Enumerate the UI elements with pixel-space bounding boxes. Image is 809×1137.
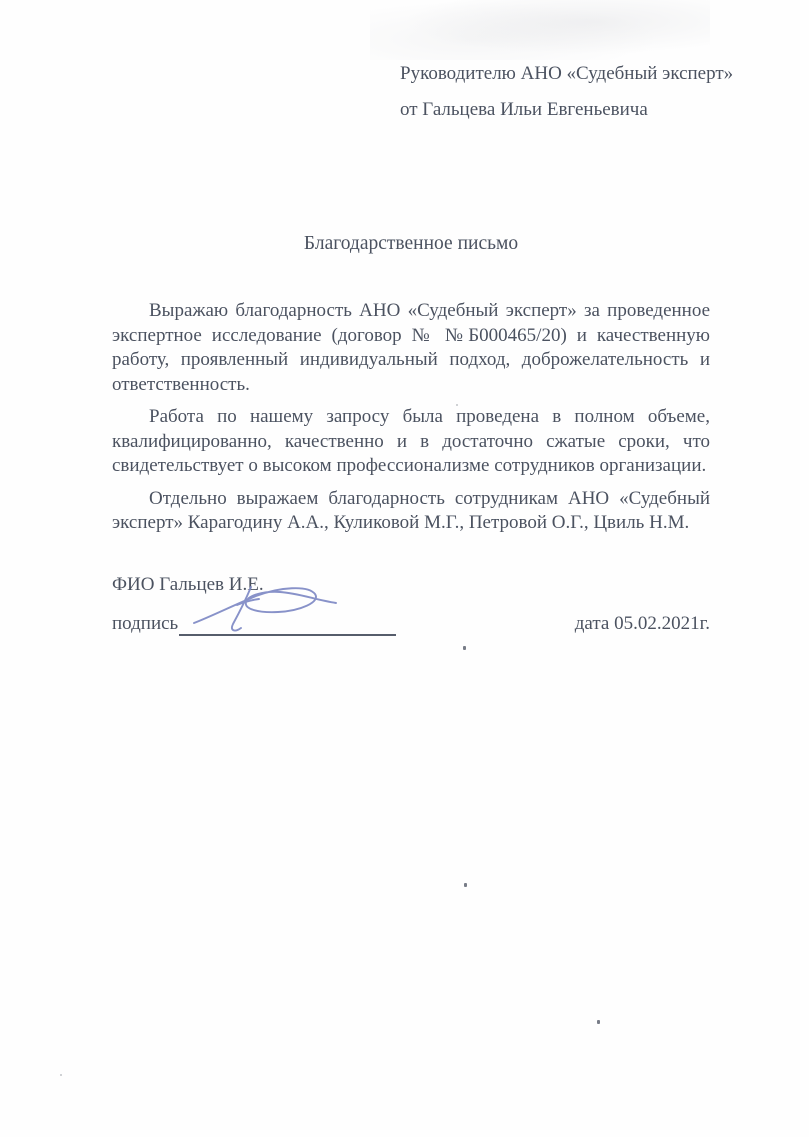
body-paragraph-1: Выражаю благодарность АНО «Судебный эксп… bbox=[112, 299, 710, 397]
dust-speck bbox=[463, 646, 466, 650]
scan-smudge-artifact bbox=[370, 0, 710, 60]
handwritten-signature bbox=[188, 583, 346, 641]
scanned-letter-page: Руководителю АНО «Судебный эксперт» от Г… bbox=[0, 0, 809, 1137]
sender-line: от Гальцева Ильи Евгеньевича bbox=[400, 98, 733, 122]
dust-speck bbox=[456, 404, 458, 406]
dust-speck bbox=[60, 1074, 62, 1076]
signature-label: подпись bbox=[112, 612, 178, 636]
body-paragraph-2: Работа по нашему запросу была проведена … bbox=[112, 405, 710, 479]
addressee-line: Руководителю АНО «Судебный эксперт» bbox=[400, 62, 733, 86]
letter-addressee-block: Руководителю АНО «Судебный эксперт» от Г… bbox=[400, 62, 733, 122]
dust-speck bbox=[597, 1020, 600, 1024]
date-label: дата 05.02.2021г. bbox=[575, 612, 710, 636]
dust-speck bbox=[464, 883, 467, 887]
letter-title: Благодарственное письмо bbox=[112, 233, 710, 255]
letter-body: Выражаю благодарность АНО «Судебный эксп… bbox=[112, 299, 710, 536]
body-paragraph-3: Отдельно выражаем благодарность сотрудни… bbox=[112, 487, 710, 536]
